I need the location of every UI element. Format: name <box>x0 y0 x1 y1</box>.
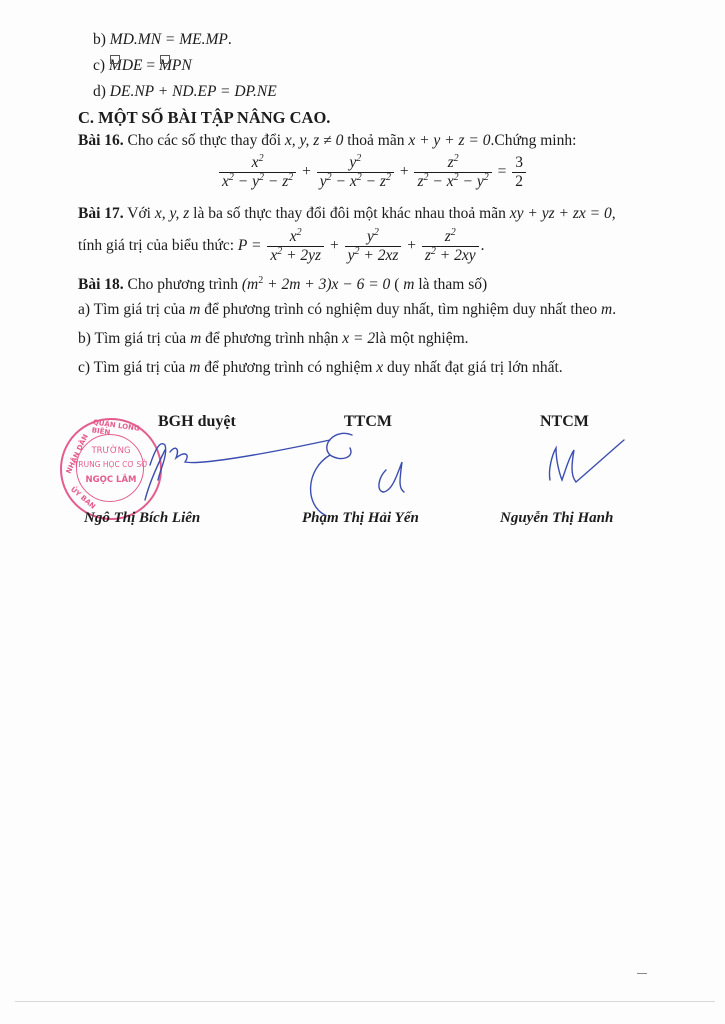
page-mark <box>637 973 647 974</box>
signature-name-bgh: Ngô Thị Bích Liên <box>84 510 200 527</box>
signature-name-ntcm: Nguyễn Thị Hanh <box>500 510 613 527</box>
signature-name-ttcm: Phạm Thị Hải Yến <box>302 510 419 527</box>
page-bottom-edge <box>15 1001 715 1002</box>
